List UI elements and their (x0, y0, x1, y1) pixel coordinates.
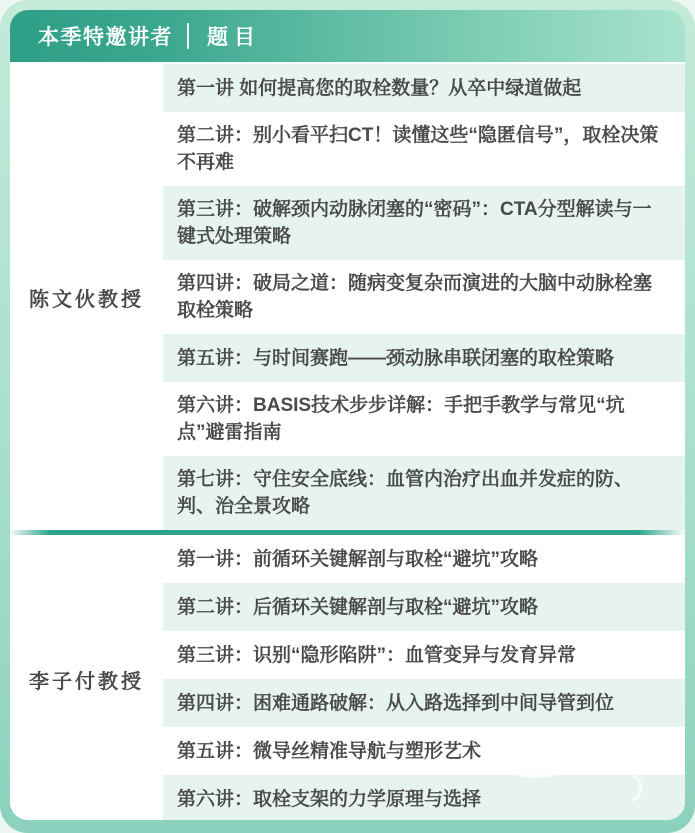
lecture-title: 第四讲：困难通路破解：从入路选择到中间导管到位 (177, 690, 614, 717)
lecture-title-row: 第五讲：与时间赛跑——颈动脉串联闭塞的取栓策略 (163, 334, 685, 382)
lecture-title: 第一讲：前循环关键解剖与取栓“避坑”攻略 (177, 546, 538, 573)
lecture-title-row: 第四讲：困难通路破解：从入路选择到中间导管到位 (163, 679, 685, 727)
lecture-title: 第五讲：与时间赛跑——颈动脉串联闭塞的取栓策略 (177, 345, 614, 372)
table-body: 陈文伙教授 第一讲 如何提高您的取栓数量？从卒中绿道做起 第二讲：别小看平扫CT… (10, 62, 685, 820)
lecture-title-row: 第六讲：取栓支架的力学原理与选择 (163, 775, 685, 820)
lecture-title-row: 第五讲：微导丝精准导航与塑形艺术 (163, 727, 685, 775)
lecture-title-row: 第二讲：别小看平扫CT！读懂这些“隐匿信号”，取栓决策不再难 (163, 112, 685, 186)
lecture-title-row: 第二讲：后循环关键解剖与取栓“避坑”攻略 (163, 583, 685, 631)
lecture-title: 第三讲：识别“隐形陷阱”：血管变异与发育异常 (177, 642, 576, 669)
lecture-title-row: 第六讲：BASIS技术步步详解：手把手教学与常见“坑点”避雷指南 (163, 382, 685, 456)
topic-list: 第一讲：前循环关键解剖与取栓“避坑”攻略 第二讲：后循环关键解剖与取栓“避坑”攻… (163, 535, 685, 820)
lecture-title: 第六讲：取栓支架的力学原理与选择 (177, 786, 481, 813)
lecture-title: 第三讲：破解颈内动脉闭塞的“密码”：CTA分型解读与一键式处理策略 (177, 196, 659, 250)
lecture-title-row: 第七讲：守住安全底线：血管内治疗出血并发症的防、判、治全景攻略 (163, 456, 685, 530)
topic-list: 第一讲 如何提高您的取栓数量？从卒中绿道做起 第二讲：别小看平扫CT！读懂这些“… (163, 64, 685, 530)
lecture-title-row: 第四讲：破局之道：随病变复杂而演进的大脑中动脉栓塞取栓策略 (163, 260, 685, 334)
lecture-title: 第四讲：破局之道：随病变复杂而演进的大脑中动脉栓塞取栓策略 (177, 270, 659, 324)
table-header: 本季特邀讲者 题目 (10, 10, 685, 62)
speaker-section-chen: 陈文伙教授 第一讲 如何提高您的取栓数量？从卒中绿道做起 第二讲：别小看平扫CT… (10, 64, 685, 530)
speaker-section-li: 李子付教授 第一讲：前循环关键解剖与取栓“避坑”攻略 第二讲：后循环关键解剖与取… (10, 535, 685, 820)
lecture-title: 第二讲：别小看平扫CT！读懂这些“隐匿信号”，取栓决策不再难 (177, 122, 659, 176)
header-topics-label: 题目 (207, 21, 261, 51)
lecture-title: 第二讲：后循环关键解剖与取栓“避坑”攻略 (177, 594, 538, 621)
lecture-title: 第五讲：微导丝精准导航与塑形艺术 (177, 738, 481, 765)
lecture-title-row: 第一讲 如何提高您的取栓数量？从卒中绿道做起 (163, 64, 685, 112)
speaker-name: 李子付教授 (10, 535, 163, 820)
header-divider (187, 23, 189, 49)
lecture-title: 第七讲：守住安全底线：血管内治疗出血并发症的防、判、治全景攻略 (177, 466, 659, 520)
schedule-card-frame: 本季特邀讲者 题目 陈文伙教授 第一讲 如何提高您的取栓数量？从卒中绿道做起 第… (0, 0, 695, 833)
header-speakers-label: 本季特邀讲者 (38, 21, 173, 51)
lecture-title: 第六讲：BASIS技术步步详解：手把手教学与常见“坑点”避雷指南 (177, 392, 659, 446)
lecture-title: 第一讲 如何提高您的取栓数量？从卒中绿道做起 (177, 75, 581, 102)
lecture-title-row: 第三讲：破解颈内动脉闭塞的“密码”：CTA分型解读与一键式处理策略 (163, 186, 685, 260)
schedule-card: 本季特邀讲者 题目 陈文伙教授 第一讲 如何提高您的取栓数量？从卒中绿道做起 第… (10, 10, 685, 820)
speaker-name: 陈文伙教授 (10, 64, 163, 530)
lecture-title-row: 第三讲：识别“隐形陷阱”：血管变异与发育异常 (163, 631, 685, 679)
lecture-title-row: 第一讲：前循环关键解剖与取栓“避坑”攻略 (163, 535, 685, 583)
